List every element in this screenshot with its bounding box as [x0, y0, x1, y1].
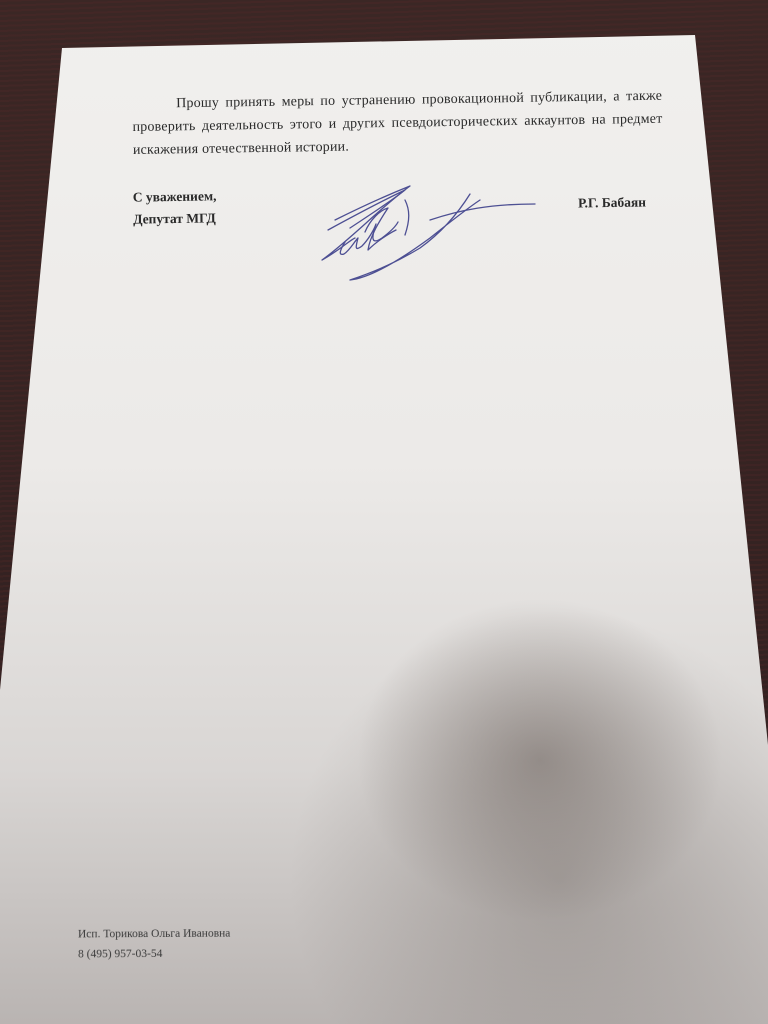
paragraph-text: Прошу принять меры по устранению провока…	[132, 89, 662, 158]
signer-name: Р.Г. Бабаян	[578, 194, 646, 211]
executor-block: Исп. Торикова Ольга Ивановна 8 (495) 957…	[78, 924, 231, 965]
executor-phone: 8 (495) 957-03-54	[78, 944, 231, 965]
closing-salutation: С уважением,	[133, 185, 217, 208]
signature-icon	[310, 180, 540, 290]
letter-paragraph: Прошу принять меры по устранению провока…	[132, 85, 663, 162]
closing-block: С уважением, Депутат МГД	[133, 185, 217, 230]
executor-name: Исп. Торикова Ольга Ивановна	[78, 924, 231, 945]
closing-title: Депутат МГД	[133, 207, 217, 230]
